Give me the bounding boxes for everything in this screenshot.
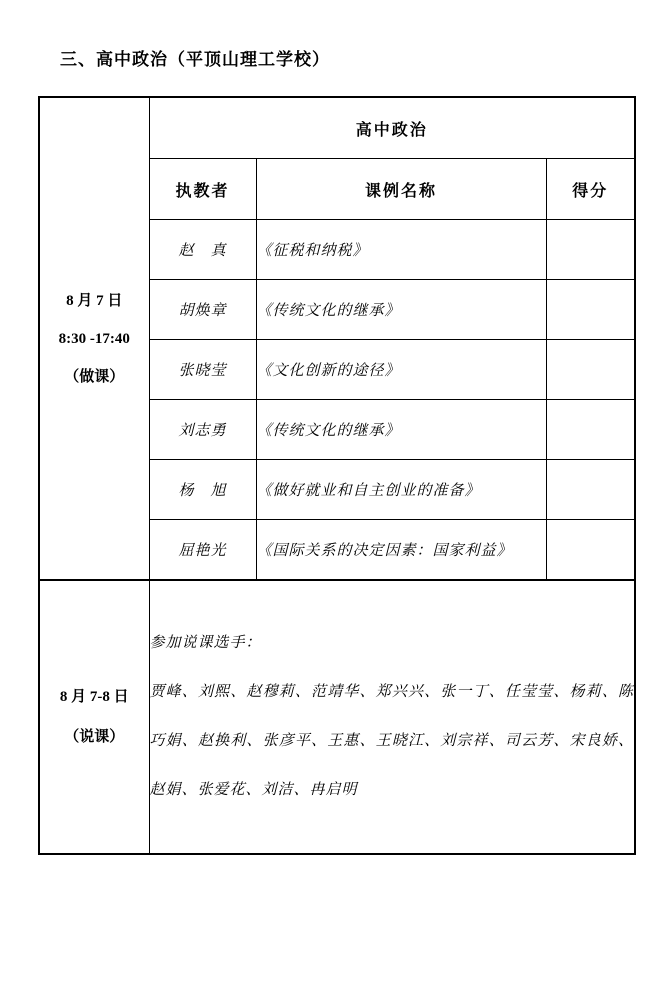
speak-session-row: 8 月 7-8 日 （说课） 参加说课选手： 贾峰、刘熙、赵穆莉、范靖华、郑兴兴… xyxy=(39,580,635,854)
session2-activity: （说课） xyxy=(40,717,149,757)
session1-time: 8:30 -17:40 xyxy=(40,320,149,358)
section-title: 三、高中政治（平顶山理工学校） xyxy=(60,45,330,70)
score-value xyxy=(546,220,635,280)
subject-row: 8 月 7 日 8:30 -17:40 （做课） 高中政治 xyxy=(39,97,635,159)
score-value xyxy=(546,520,635,581)
instructor-name: 胡焕章 xyxy=(149,280,256,340)
instructor-name: 刘志勇 xyxy=(149,400,256,460)
lesson-title: 《传统文化的继承》 xyxy=(256,280,546,340)
session2-date-cell: 8 月 7-8 日 （说课） xyxy=(39,580,149,854)
participants-label: 参加说课选手： xyxy=(150,619,635,668)
subject-header: 高中政治 xyxy=(149,97,635,159)
col-header-score: 得分 xyxy=(546,159,635,220)
participants-list: 贾峰、刘熙、赵穆莉、范靖华、郑兴兴、张一丁、任莹莹、杨莉、陈巧娟、赵换利、张彦平… xyxy=(150,668,635,815)
score-value xyxy=(546,280,635,340)
col-header-lesson: 课例名称 xyxy=(256,159,546,220)
instructor-name: 张晓莹 xyxy=(149,340,256,400)
lesson-title: 《征税和纳税》 xyxy=(256,220,546,280)
instructor-name: 赵 真 xyxy=(149,220,256,280)
instructor-name: 屈艳光 xyxy=(149,520,256,581)
lesson-title: 《做好就业和自主创业的准备》 xyxy=(256,460,546,520)
score-table: 8 月 7 日 8:30 -17:40 （做课） 高中政治 执教者 课例名称 得… xyxy=(38,96,636,855)
document-page: 三、高中政治（平顶山理工学校） 8 月 7 日 8:30 -17:40 （做课）… xyxy=(0,0,669,1000)
lesson-title: 《传统文化的继承》 xyxy=(256,400,546,460)
instructor-name: 杨 旭 xyxy=(149,460,256,520)
session2-participants-cell: 参加说课选手： 贾峰、刘熙、赵穆莉、范靖华、郑兴兴、张一丁、任莹莹、杨莉、陈巧娟… xyxy=(149,580,635,854)
lesson-title: 《文化创新的途径》 xyxy=(256,340,546,400)
col-header-instructor: 执教者 xyxy=(149,159,256,220)
session1-activity: （做课） xyxy=(40,358,149,396)
score-value xyxy=(546,400,635,460)
lesson-title: 《国际关系的决定因素：国家利益》 xyxy=(256,520,546,581)
session1-date: 8 月 7 日 xyxy=(40,282,149,320)
session2-date: 8 月 7-8 日 xyxy=(40,677,149,717)
score-value xyxy=(546,340,635,400)
session1-date-cell: 8 月 7 日 8:30 -17:40 （做课） xyxy=(39,97,149,580)
score-value xyxy=(546,460,635,520)
